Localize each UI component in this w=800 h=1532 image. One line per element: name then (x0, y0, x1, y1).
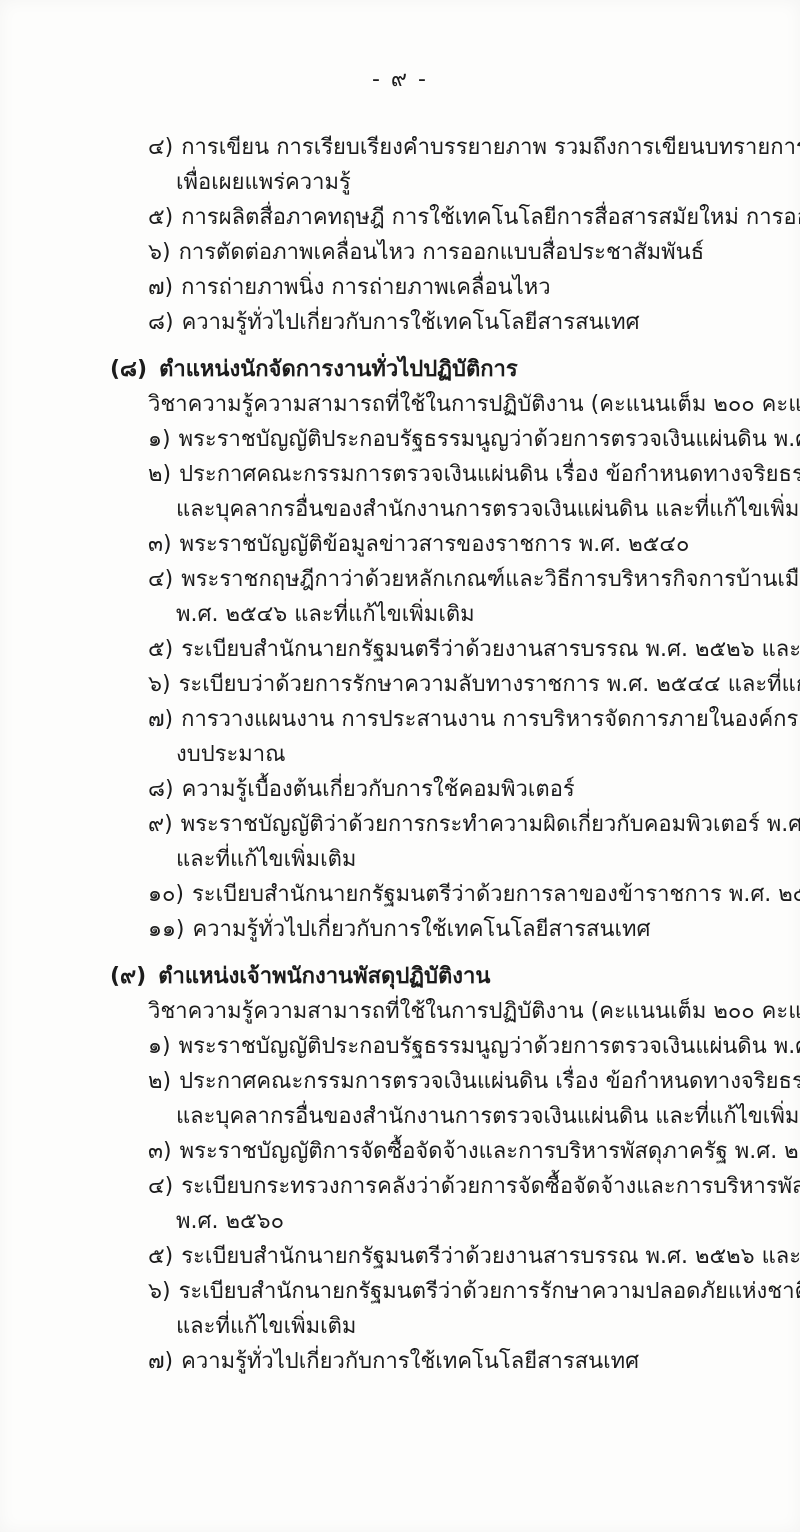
list-item: ๔)การเขียน การเรียบเรียงคำบรรยายภาพ รวมถ… (0, 130, 800, 165)
list-item-continuation: และบุคลากรอื่นของสำนักงานการตรวจเงินแผ่น… (0, 1099, 800, 1134)
item-text: ระเบียบสำนักนายกรัฐมนตรีว่าด้วยงานสารบรร… (181, 1244, 800, 1269)
item-text: ระเบียบสำนักนายกรัฐมนตรีว่าด้วยการลาของข… (192, 882, 800, 907)
item-text: และที่แก้ไขเพิ่มเติม (176, 1314, 356, 1339)
list-item: ๓)พระราชบัญญัติการจัดซื้อจัดจ้างและการบร… (0, 1134, 800, 1169)
item-number: ๒) (148, 1064, 171, 1099)
page-number: - ๙ - (0, 62, 800, 97)
list-item-continuation: และที่แก้ไขเพิ่มเติม (0, 1309, 800, 1344)
list-item-continuation: พ.ศ. ๒๕๔๖ และที่แก้ไขเพิ่มเติม (0, 597, 800, 632)
list-item: ๖)ระเบียบว่าด้วยการรักษาความลับทางราชการ… (0, 667, 800, 702)
item-text: ระเบียบว่าด้วยการรักษาความลับทางราชการ พ… (179, 672, 800, 697)
item-text: การตัดต่อภาพเคลื่อนไหว การออกแบบสื่อประช… (179, 240, 705, 265)
carryover-list: ๔)การเขียน การเรียบเรียงคำบรรยายภาพ รวมถ… (0, 130, 800, 340)
list-item: ๗)การถ่ายภาพนิ่ง การถ่ายภาพเคลื่อนไหว (0, 270, 800, 305)
section-heading: (๙)ตำแหน่งเจ้าพนักงานพัสดุปฏิบัติงาน (0, 959, 800, 994)
list-item-continuation: พ.ศ. ๒๕๖๐ (0, 1204, 800, 1239)
item-number: ๘) (148, 772, 174, 807)
item-number: ๙) (148, 807, 173, 842)
section-list: ๑)พระราชบัญญัติประกอบรัฐธรรมนูญว่าด้วยกา… (0, 422, 800, 947)
list-item: ๘)ความรู้ทั่วไปเกี่ยวกับการใช้เทคโนโลยีส… (0, 305, 800, 340)
item-text: และที่แก้ไขเพิ่มเติม (176, 847, 356, 872)
item-number: ๑๐) (148, 877, 184, 912)
item-text: และบุคลากรอื่นของสำนักงานการตรวจเงินแผ่น… (176, 497, 800, 522)
item-text: ความรู้ทั่วไปเกี่ยวกับการใช้เทคโนโลยีสาร… (193, 917, 651, 942)
item-number: ๖) (148, 1274, 171, 1309)
item-text: ประกาศคณะกรรมการตรวจเงินแผ่นดิน เรื่อง ข… (179, 1069, 800, 1094)
section-number: (๘) (110, 352, 147, 387)
list-item: ๘)ความรู้เบื้องต้นเกี่ยวกับการใช้คอมพิวเ… (0, 772, 800, 807)
list-item: ๑)พระราชบัญญัติประกอบรัฐธรรมนูญว่าด้วยกา… (0, 1029, 800, 1064)
item-number: ๖) (148, 667, 171, 702)
item-number: ๗) (148, 702, 173, 737)
section-number: (๙) (110, 959, 146, 994)
item-text: ประกาศคณะกรรมการตรวจเงินแผ่นดิน เรื่อง ข… (179, 462, 800, 487)
list-item: ๕)การผลิตสื่อภาคทฤษฎี การใช้เทคโนโลยีการ… (0, 200, 800, 235)
item-text: ระเบียบกระทรวงการคลังว่าด้วยการจัดซื้อจั… (181, 1174, 800, 1199)
item-text: พระราชบัญญัติประกอบรัฐธรรมนูญว่าด้วยการต… (179, 427, 800, 452)
item-number: ๔) (148, 562, 173, 597)
item-number: ๔) (148, 130, 173, 165)
section-subtitle: วิชาความรู้ความสามารถที่ใช้ในการปฏิบัติง… (0, 994, 800, 1029)
section-heading: (๘)ตำแหน่งนักจัดการงานทั่วไปปฏิบัติการ (0, 352, 800, 387)
item-number: ๑) (148, 1029, 171, 1064)
list-item: ๔)ระเบียบกระทรวงการคลังว่าด้วยการจัดซื้อ… (0, 1169, 800, 1204)
item-text: ระเบียบสำนักนายกรัฐมนตรีว่าด้วยการรักษาค… (179, 1279, 800, 1304)
item-text: พระราชบัญญัติประกอบรัฐธรรมนูญว่าด้วยการต… (179, 1034, 800, 1059)
list-item: ๑)พระราชบัญญัติประกอบรัฐธรรมนูญว่าด้วยกา… (0, 422, 800, 457)
item-number: ๔) (148, 1169, 173, 1204)
list-item: ๙)พระราชบัญญัติว่าด้วยการกระทำความผิดเกี… (0, 807, 800, 842)
item-number: ๕) (148, 200, 173, 235)
item-text: พระราชบัญญัติข้อมูลข่าวสารของราชการ พ.ศ.… (180, 532, 690, 557)
item-text: เพื่อเผยแพร่ความรู้ (176, 170, 351, 195)
item-text: ความรู้เบื้องต้นเกี่ยวกับการใช้คอมพิวเตอ… (182, 777, 575, 802)
list-item: ๒)ประกาศคณะกรรมการตรวจเงินแผ่นดิน เรื่อง… (0, 1064, 800, 1099)
list-item: ๓)พระราชบัญญัติข้อมูลข่าวสารของราชการ พ.… (0, 527, 800, 562)
item-number: ๑๑) (148, 912, 185, 947)
item-text: ความรู้ทั่วไปเกี่ยวกับการใช้เทคโนโลยีสาร… (181, 1349, 639, 1374)
item-text: งบประมาณ (176, 742, 286, 767)
item-text: การผลิตสื่อภาคทฤษฎี การใช้เทคโนโลยีการสื… (181, 205, 800, 230)
item-text: การเขียน การเรียบเรียงคำบรรยายภาพ รวมถึง… (181, 135, 800, 160)
item-text: การวางแผนงาน การประสานงาน การบริหารจัดกา… (181, 707, 800, 732)
list-item: ๑๐)ระเบียบสำนักนายกรัฐมนตรีว่าด้วยการลาข… (0, 877, 800, 912)
item-text: และบุคลากรอื่นของสำนักงานการตรวจเงินแผ่น… (176, 1104, 800, 1129)
item-number: ๑) (148, 422, 171, 457)
list-item: ๗)การวางแผนงาน การประสานงาน การบริหารจัด… (0, 702, 800, 737)
item-text: ระเบียบสำนักนายกรัฐมนตรีว่าด้วยงานสารบรร… (181, 637, 800, 662)
item-number: ๒) (148, 457, 171, 492)
list-item: ๖)การตัดต่อภาพเคลื่อนไหว การออกแบบสื่อปร… (0, 235, 800, 270)
item-text: พระราชบัญญัติว่าด้วยการกระทำความผิดเกี่ย… (181, 812, 800, 837)
item-number: ๕) (148, 1239, 173, 1274)
section-title: ตำแหน่งนักจัดการงานทั่วไปปฏิบัติการ (159, 357, 518, 382)
item-number: ๗) (148, 1344, 173, 1379)
item-number: ๘) (148, 305, 174, 340)
section-subtitle: วิชาความรู้ความสามารถที่ใช้ในการปฏิบัติง… (0, 387, 800, 422)
item-text: พระราชกฤษฎีกาว่าด้วยหลักเกณฑ์และวิธีการบ… (181, 567, 800, 592)
list-item: ๑๑)ความรู้ทั่วไปเกี่ยวกับการใช้เทคโนโลยี… (0, 912, 800, 947)
item-number: ๓) (148, 527, 172, 562)
item-number: ๕) (148, 632, 173, 667)
list-item-continuation: เพื่อเผยแพร่ความรู้ (0, 165, 800, 200)
section-list: ๑)พระราชบัญญัติประกอบรัฐธรรมนูญว่าด้วยกา… (0, 1029, 800, 1379)
list-item-continuation: งบประมาณ (0, 737, 800, 772)
item-text: พระราชบัญญัติการจัดซื้อจัดจ้างและการบริห… (180, 1139, 800, 1164)
list-item-continuation: และบุคลากรอื่นของสำนักงานการตรวจเงินแผ่น… (0, 492, 800, 527)
item-number: ๗) (148, 270, 173, 305)
item-text: พ.ศ. ๒๕๖๐ (176, 1209, 284, 1234)
list-item: ๔)พระราชกฤษฎีกาว่าด้วยหลักเกณฑ์และวิธีกา… (0, 562, 800, 597)
list-item: ๒)ประกาศคณะกรรมการตรวจเงินแผ่นดิน เรื่อง… (0, 457, 800, 492)
section-title: ตำแหน่งเจ้าพนักงานพัสดุปฏิบัติงาน (158, 964, 490, 989)
item-number: ๖) (148, 235, 171, 270)
list-item: ๖)ระเบียบสำนักนายกรัฐมนตรีว่าด้วยการรักษ… (0, 1274, 800, 1309)
list-item: ๕)ระเบียบสำนักนายกรัฐมนตรีว่าด้วยงานสารบ… (0, 632, 800, 667)
item-text: ความรู้ทั่วไปเกี่ยวกับการใช้เทคโนโลยีสาร… (182, 310, 640, 335)
list-item: ๕)ระเบียบสำนักนายกรัฐมนตรีว่าด้วยงานสารบ… (0, 1239, 800, 1274)
item-number: ๓) (148, 1134, 172, 1169)
item-text: การถ่ายภาพนิ่ง การถ่ายภาพเคลื่อนไหว (181, 275, 551, 300)
item-text: พ.ศ. ๒๕๔๖ และที่แก้ไขเพิ่มเติม (176, 602, 475, 627)
list-item: ๗)ความรู้ทั่วไปเกี่ยวกับการใช้เทคโนโลยีส… (0, 1344, 800, 1379)
list-item-continuation: และที่แก้ไขเพิ่มเติม (0, 842, 800, 877)
document-page: - ๙ - ๔)การเขียน การเรียบเรียงคำบรรยายภา… (0, 0, 800, 1532)
